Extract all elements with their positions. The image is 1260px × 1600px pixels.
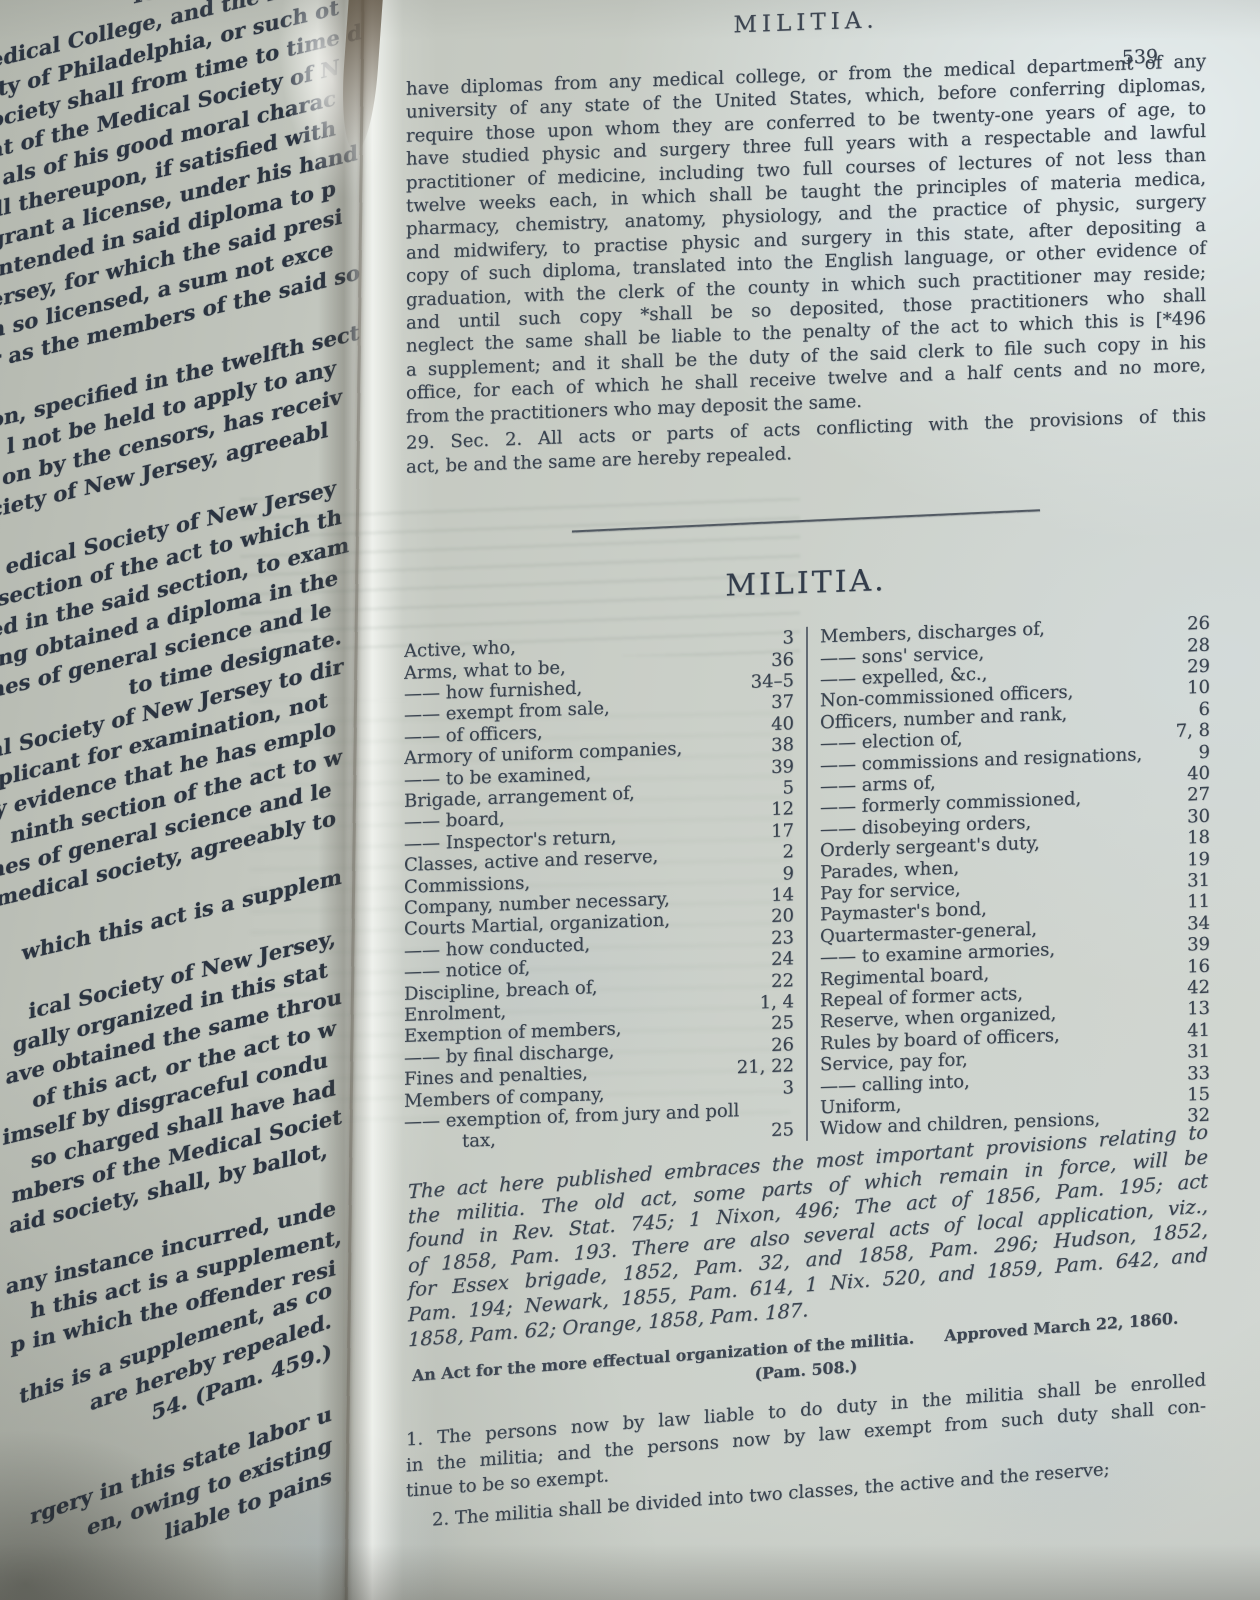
- index-page-ref: 42: [1158, 977, 1212, 1000]
- index-page-ref: 3: [742, 1077, 796, 1100]
- index-page-ref: 2: [742, 841, 796, 864]
- index-page-ref: 9: [1158, 741, 1212, 764]
- lower-block: The act here published embraces the most…: [400, 1120, 1212, 1536]
- index-page-ref: 7, 8: [1158, 720, 1212, 743]
- index-page-ref: 17: [742, 820, 796, 843]
- index-page-ref: 38: [742, 734, 796, 757]
- page-number: 539: [1122, 46, 1158, 69]
- index-page-ref: 6: [1158, 698, 1212, 721]
- index-page-ref: 40: [1158, 763, 1212, 786]
- index-label: Uniform,: [820, 1095, 901, 1119]
- index-page-ref: 31: [1158, 870, 1212, 893]
- index-page-ref: 33: [1158, 1062, 1212, 1085]
- index-page-ref: 19: [1158, 848, 1212, 871]
- index-page-ref: 25: [742, 1120, 796, 1143]
- index-page-ref: 14: [742, 884, 796, 907]
- index-page-ref: 5: [742, 777, 796, 800]
- index-page-ref: 13: [1158, 998, 1212, 1021]
- running-header: MILITIA.: [400, 0, 1212, 50]
- index-page-ref: 29: [1158, 656, 1212, 679]
- militia-heading: MILITIA.: [400, 552, 1212, 615]
- index-page-ref: 9: [742, 863, 796, 886]
- index-page-ref: 15: [1158, 1084, 1212, 1107]
- index-left-column: Active, who, 3 Arms, what to be, 36 —— h…: [404, 627, 806, 1155]
- index-page-ref: 3: [742, 627, 796, 650]
- left-facing-page: York, the medicaledical College, and the…: [0, 0, 348, 1366]
- index-page-ref: 18: [1158, 827, 1212, 850]
- index-page-ref: 12: [742, 799, 796, 822]
- index-page-ref: 34–5: [742, 670, 796, 693]
- index-page-ref: 23: [742, 927, 796, 950]
- index-page-ref: [742, 1098, 796, 1121]
- index-page-ref: 36: [742, 649, 796, 672]
- index-page-ref: 11: [1158, 891, 1212, 914]
- index-page-ref: 30: [1158, 805, 1212, 828]
- book-photo: { "left_page": { "lines": [ "York, the m…: [0, 0, 1260, 1600]
- main-page: MILITIA. 539 have diplomas from any medi…: [400, 0, 1212, 1600]
- index-page-ref: 1, 4: [742, 991, 796, 1014]
- index-page-ref: 26: [1158, 613, 1212, 636]
- index-page-ref: 26: [742, 1034, 796, 1057]
- index-page-ref: 25: [742, 1013, 796, 1036]
- divider-rule: [572, 509, 1040, 532]
- index-label: tax,: [404, 1130, 496, 1155]
- index-page-ref: 39: [1158, 934, 1212, 957]
- index-page-ref: 16: [1158, 955, 1212, 978]
- index-page-ref: 24: [742, 948, 796, 971]
- index-table: Active, who, 3 Arms, what to be, 36 —— h…: [404, 613, 1212, 1155]
- index-page-ref: 10: [1158, 677, 1212, 700]
- index-page-ref: 20: [742, 906, 796, 929]
- index-right-column: Members, discharges of, 26 —— sons' serv…: [806, 613, 1212, 1141]
- index-page-ref: 21, 22: [737, 1055, 796, 1078]
- index-page-ref: 39: [742, 756, 796, 779]
- index-page-ref: 28: [1158, 634, 1212, 657]
- index-page-ref: 34: [1158, 912, 1212, 935]
- index-page-ref: 40: [742, 713, 796, 736]
- index-page-ref: 31: [1158, 1041, 1212, 1064]
- index-page-ref: 41: [1158, 1019, 1212, 1042]
- index-page-ref: 27: [1158, 784, 1212, 807]
- intro-paragraph: have diplomas from any medical college, …: [406, 50, 1206, 429]
- index-page-ref: 22: [742, 970, 796, 993]
- index-page-ref: 37: [742, 691, 796, 714]
